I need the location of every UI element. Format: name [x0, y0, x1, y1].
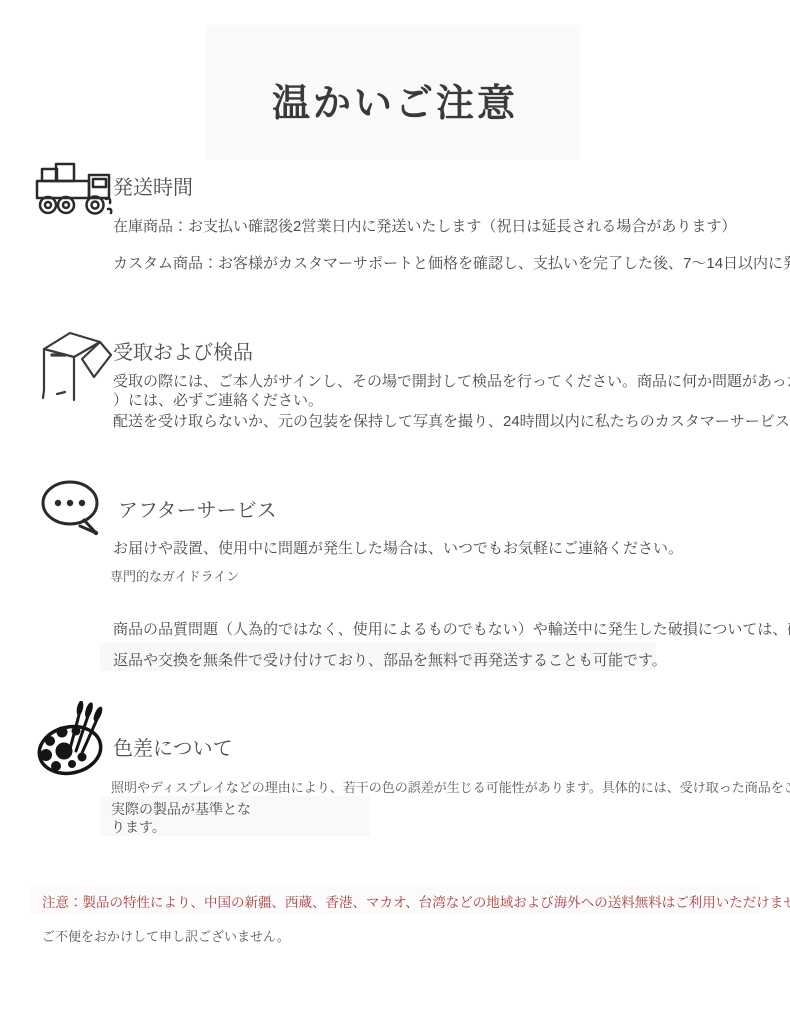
truck-icon	[35, 161, 115, 217]
receiving-line: 配送を受け取らないか、元の包装を保持して写真を撮り、24時間以内に私たちのカスタ…	[113, 412, 790, 432]
color-difference-line: ります。	[111, 818, 166, 837]
notice-page: { "title": "温かいご注意", "shipping": { "head…	[0, 0, 790, 1025]
after-service-heading: アフターサービス	[118, 499, 277, 523]
color-difference-line: 実際の製品が基準とな	[111, 800, 251, 819]
open-box-icon	[37, 322, 113, 404]
color-difference-line: 照明やディスプレイなどの理由により、若干の色の誤差が生じる可能性があります。具体…	[111, 779, 790, 797]
page-title: 温かいご注意	[0, 72, 790, 127]
shipping-heading: 発送時間	[113, 176, 193, 200]
apology-note: ご不便をおかけして申し訳ございません。	[42, 926, 290, 945]
color-difference-heading: 色差について	[113, 737, 233, 761]
receiving-line: 受取の際には、ご本人がサインし、その場で開封して検品を行ってください。商品に何か…	[113, 372, 790, 392]
receiving-line: ）には、必ずご連絡ください。	[113, 391, 323, 411]
receiving-heading: 受取および検品	[113, 341, 253, 365]
after-service-line: 返品や交換を無条件で受け付けており、部品を無料で再発送することも可能です。	[113, 651, 667, 671]
paint-palette-icon	[32, 701, 116, 779]
after-service-line: お届けや設置、使用中に問題が発生した場合は、いつでもお気軽にご連絡ください。	[113, 539, 683, 559]
speech-bubble-icon	[39, 477, 109, 539]
shipping-line: カスタム商品：お客様がカスタマーサポートと価格を確認し、支払いを完了した後、7〜…	[113, 254, 790, 274]
after-service-guideline-label: 専門的なガイドライン	[110, 568, 239, 586]
after-service-line: 商品の品質問題（人為的ではなく、使用によるものでもない）や輸送中に発生した破損に…	[113, 620, 790, 640]
shipping-line: 在庫商品：お支払い確認後2営業日内に発送いたします（祝日は延長される場合がありま…	[113, 217, 736, 237]
shipping-restriction-warning: 注意：製品の特性により、中国の新疆、西蔵、香港、マカオ、台湾などの地域および海外…	[42, 891, 790, 911]
